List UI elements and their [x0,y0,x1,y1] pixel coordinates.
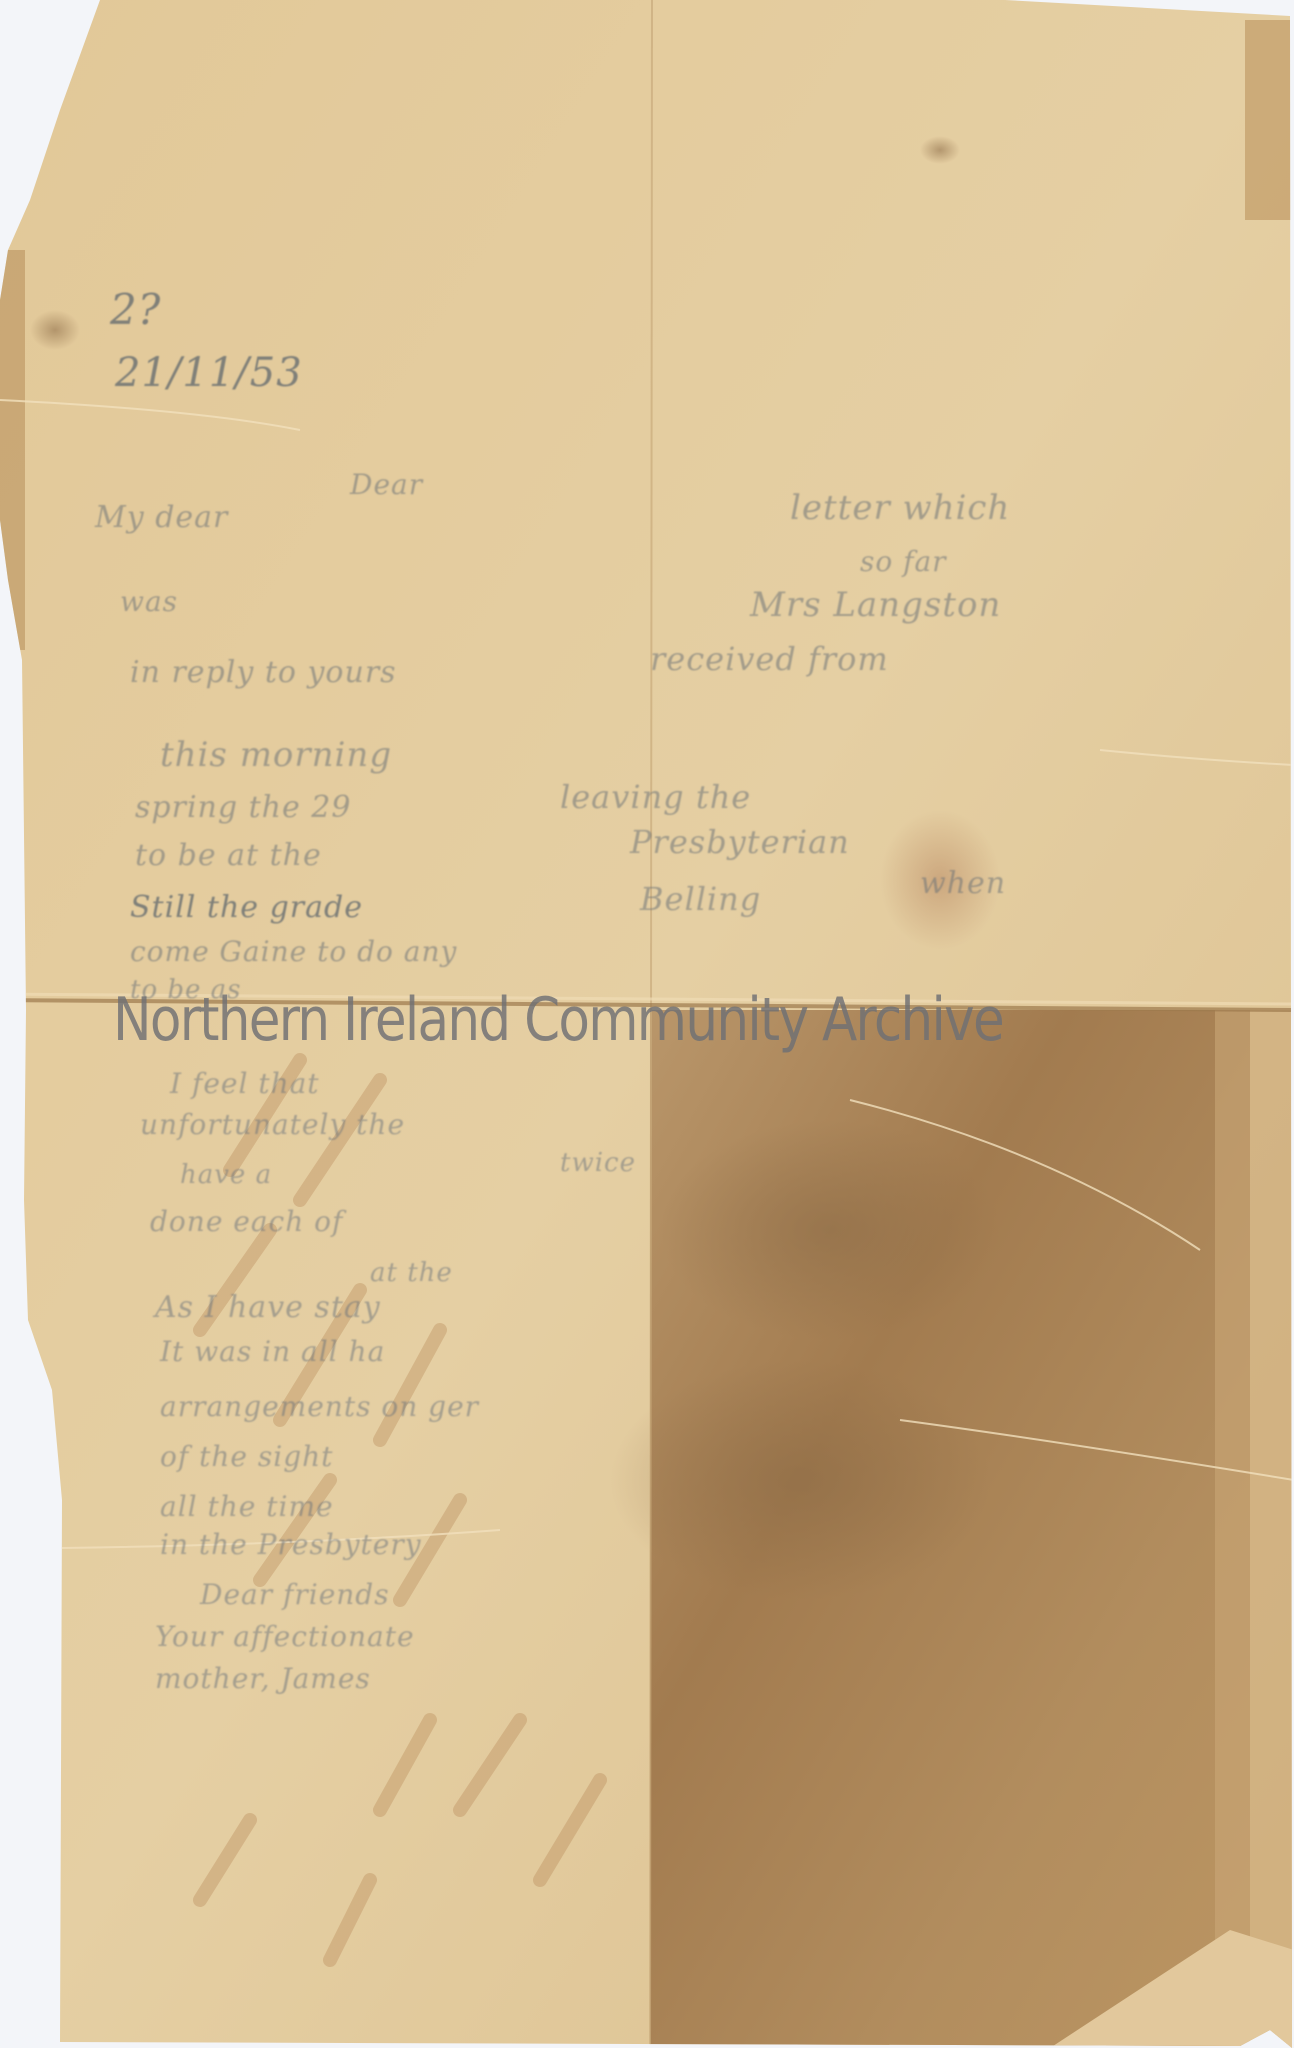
handwriting-line: As I have stay [155,1290,381,1325]
handwriting-line: letter which [790,488,1010,528]
handwriting-line: Still the grade [130,890,363,925]
handwriting-line: done each of [150,1205,343,1238]
handwriting-line: in reply to yours [130,655,397,690]
handwriting-line: received from [650,640,889,678]
handwriting-line: come Gaine to do any [130,935,457,968]
handwriting-line: mother, James [155,1662,371,1695]
handwriting-line: in the Presbytery [160,1528,422,1561]
handwriting-line: Dear [350,468,423,501]
archive-watermark: Northern Ireland Community Archive [113,985,1025,1055]
handwriting-line: so far [860,545,947,578]
handwriting-line: Dear friends [200,1578,390,1611]
handwriting-line: when [920,866,1006,901]
handwriting-line: Mrs Langston [750,585,1001,625]
handwriting-line: unfortunately the [140,1108,405,1141]
handwriting-line: Your affectionate [155,1620,415,1653]
handwriting-line: of the sight [160,1440,333,1473]
handwriting-line: twice [560,1148,636,1178]
handwriting-line: I feel that [170,1067,320,1100]
handwriting-line: Belling [640,880,761,918]
handwriting-line: to be at the [135,838,322,873]
letter-date: 21/11/53 [115,350,303,396]
handwriting-line: all the time [160,1490,334,1523]
handwriting-line: leaving the [560,778,751,816]
handwriting-line: spring the 29 [135,790,351,825]
archive-number: 2? [110,285,161,334]
handwriting-line: have a [180,1160,272,1190]
handwriting-line: was [120,585,178,618]
handwriting-line: Presbyterian [630,823,850,861]
handwriting-line: It was in all ha [160,1335,385,1368]
handwriting-line: this morning [160,735,392,775]
handwriting-line: My dear [95,500,228,535]
handwriting-line: at the [370,1258,453,1288]
handwriting-line: arrangements on ger [160,1390,479,1423]
